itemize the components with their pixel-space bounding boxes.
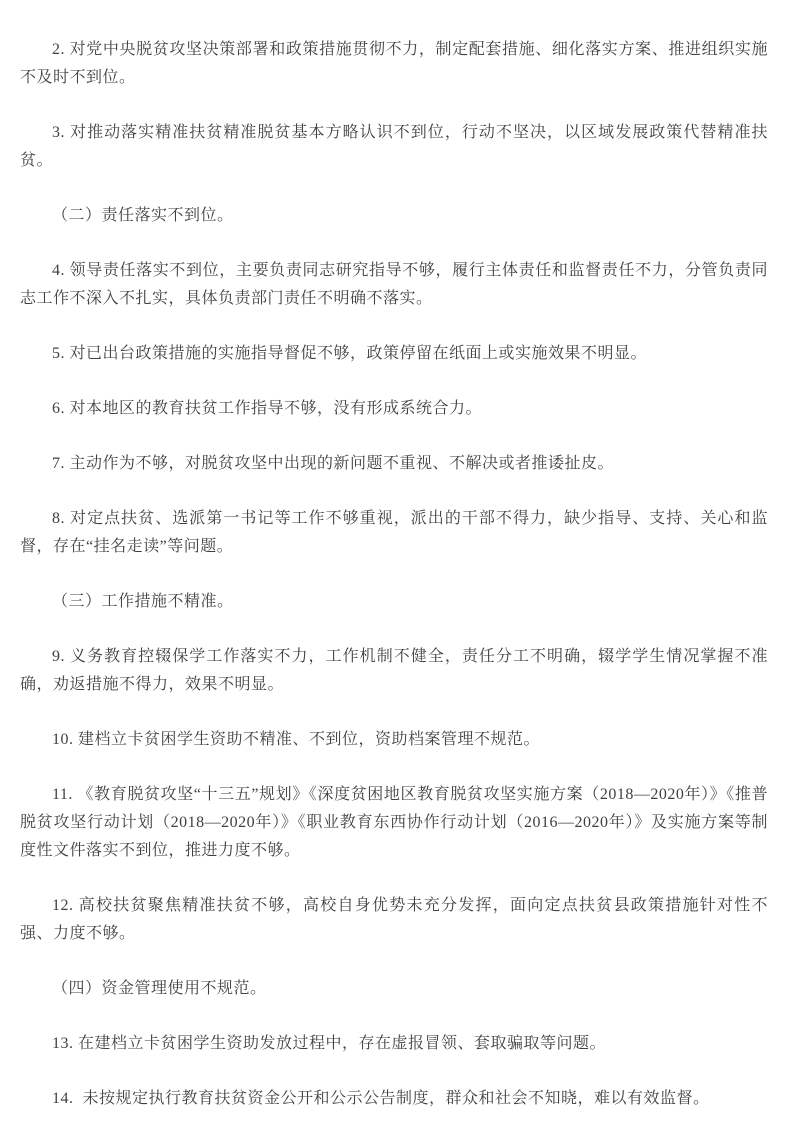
numbered-item: 8. 对定点扶贫、选派第一书记等工作不够重视，派出的干部不得力，缺少指导、支持、… xyxy=(20,505,768,561)
numbered-item: 11. 《教育脱贫攻坚“十三五”规划》《深度贫困地区教育脱贫攻坚实施方案（201… xyxy=(20,781,768,865)
section-heading: （四）资金管理使用不规范。 xyxy=(20,975,768,1003)
numbered-item: 6. 对本地区的教育扶贫工作指导不够，没有形成系统合力。 xyxy=(20,395,768,423)
numbered-item: 10. 建档立卡贫困学生资助不精准、不到位，资助档案管理不规范。 xyxy=(20,726,768,754)
numbered-item: 14. 未按规定执行教育扶贫资金公开和公示公告制度，群众和社会不知晓，难以有效监… xyxy=(20,1085,768,1113)
numbered-item: 9. 义务教育控辍保学工作落实不力，工作机制不健全，责任分工不明确，辍学学生情况… xyxy=(20,643,768,699)
document-page: 2. 对党中央脱贫攻坚决策部署和政策措施贯彻不力，制定配套措施、细化落实方案、推… xyxy=(0,0,793,1122)
numbered-item: 2. 对党中央脱贫攻坚决策部署和政策措施贯彻不力，制定配套措施、细化落实方案、推… xyxy=(20,36,768,92)
numbered-item: 12. 高校扶贫聚焦精准扶贫不够，高校自身优势未充分发挥，面向定点扶贫县政策措施… xyxy=(20,892,768,948)
numbered-item: 5. 对已出台政策措施的实施指导督促不够，政策停留在纸面上或实施效果不明显。 xyxy=(20,340,768,368)
numbered-item: 3. 对推动落实精准扶贫精准脱贫基本方略认识不到位，行动不坚决，以区域发展政策代… xyxy=(20,119,768,175)
numbered-item: 7. 主动作为不够，对脱贫攻坚中出现的新问题不重视、不解决或者推诿扯皮。 xyxy=(20,450,768,478)
numbered-item: 13. 在建档立卡贫困学生资助发放过程中，存在虚报冒领、套取骗取等问题。 xyxy=(20,1030,768,1058)
section-heading: （三）工作措施不精准。 xyxy=(20,588,768,616)
numbered-item: 4. 领导责任落实不到位，主要负责同志研究指导不够，履行主体责任和监督责任不力，… xyxy=(20,257,768,313)
document-body: 2. 对党中央脱贫攻坚决策部署和政策措施贯彻不力，制定配套措施、细化落实方案、推… xyxy=(20,36,768,1113)
section-heading: （二）责任落实不到位。 xyxy=(20,202,768,230)
